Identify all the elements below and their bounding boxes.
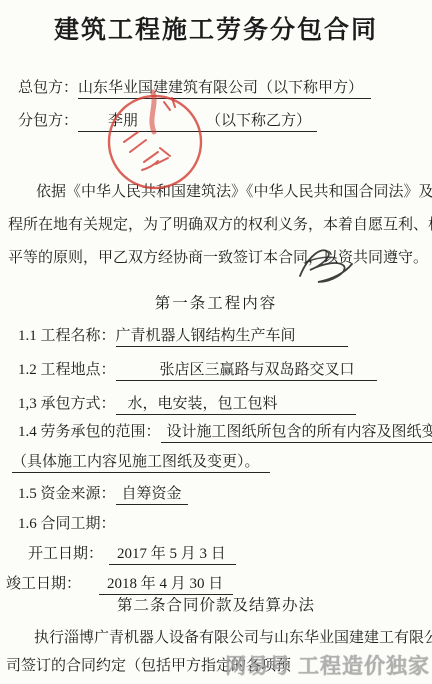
section2-line-1: 执行淄博广青机器人设备有限公司与山东华业国建建工有限公 <box>6 624 428 652</box>
general-contractor-value: 山东华业国建建筑有限公司（以下称甲方） <box>78 78 371 99</box>
clause-1-4: 1.4 劳务承包的范围：设计施工图纸所包含的所有内容及图纸变更 <box>18 420 432 444</box>
preamble-line-3: 平等的原则，甲乙双方经协商一致签订本合同，以资共同遵守。 <box>8 242 426 275</box>
start-date-line: 开工日期：2017 年 5 月 3 日 <box>28 542 432 566</box>
subcontractor-name: 李朋 <box>108 113 138 129</box>
clause-1-4-value: 设计施工图纸所包含的所有内容及图纸变更 <box>161 422 432 443</box>
start-date-label: 开工日期： <box>28 546 103 562</box>
clause-1-4-value-2: （具体施工内容见施工图纸及变更）。 <box>12 452 270 473</box>
section2-heading: 第二条合同价款及结算办法 <box>0 596 432 616</box>
section1-heading: 第一条工程内容 <box>0 293 432 315</box>
clause-1-5: 1.5 资金来源：自筹资金 <box>18 482 432 506</box>
preamble-line-2: 程所在地有关规定，为了明确双方的权利义务，本着自愿互利、权益 <box>8 209 426 242</box>
end-date-label: 竣工日期： <box>6 576 81 592</box>
end-date-value: 2018 年 4 月 30 日 <box>99 574 233 595</box>
watermark-text: 网易号 工程造价独家 <box>225 650 430 680</box>
general-contractor-line: 总包方：山东华业国建建筑有限公司（以下称甲方） <box>18 76 432 100</box>
end-date-line: 竣工日期：2018 年 4 月 30 日 <box>6 572 432 596</box>
contract-page: 建筑工程施工劳务分包合同 总包方：山东华业国建建筑有限公司（以下称甲方） 分包方… <box>0 0 432 684</box>
start-date-value: 2017 年 5 月 3 日 <box>109 544 236 565</box>
general-contractor-label: 总包方： <box>18 80 78 96</box>
clause-1-3-value: 水，电安装，包工包料 <box>116 394 356 415</box>
clause-1-3: 1,3 承包方式：水，电安装，包工包料 <box>18 392 432 416</box>
page-title: 建筑工程施工劳务分包合同 <box>0 0 432 46</box>
clause-1-4-label: 1.4 劳务承包的范围： <box>18 424 161 440</box>
clause-1-2-value: 张店区三赢路与双岛路交叉口 <box>116 360 377 381</box>
subcontractor-line: 分包方：李朋（以下称乙方） <box>18 109 432 133</box>
subcontractor-value: 李朋（以下称乙方） <box>78 111 317 132</box>
clause-1-1: 1.1 工程名称：广青机器人钢结构生产车间 <box>18 324 432 348</box>
clause-1-4-continued: （具体施工内容见施工图纸及变更）。 <box>12 450 432 474</box>
red-seal-stamp-graphic <box>98 86 208 190</box>
clause-1-2-label: 1.2 工程地点： <box>18 362 116 378</box>
clause-1-3-label: 1,3 承包方式： <box>18 396 116 412</box>
subcontractor-suffix: （以下称乙方） <box>206 113 311 129</box>
preamble-line-1: 依据《中华人民共和国建筑法》《中华人民共和国合同法》及工 <box>8 176 426 209</box>
clause-1-5-value: 自筹资金 <box>116 484 188 505</box>
clause-1-6-label: 1.6 合同工期： <box>18 516 116 532</box>
scan-artifact-dot <box>10 258 13 261</box>
subcontractor-label: 分包方： <box>18 113 78 129</box>
clause-1-1-label: 1.1 工程名称： <box>18 328 116 344</box>
clause-1-5-label: 1.5 资金来源： <box>18 486 116 502</box>
clause-1-2: 1.2 工程地点：张店区三赢路与双岛路交叉口 <box>18 358 432 382</box>
clause-1-1-value: 广青机器人钢结构生产车间 <box>116 326 348 347</box>
clause-1-6: 1.6 合同工期： <box>18 512 432 536</box>
preamble-paragraph: 依据《中华人民共和国建筑法》《中华人民共和国合同法》及工 程所在地有关规定，为了… <box>8 176 426 275</box>
